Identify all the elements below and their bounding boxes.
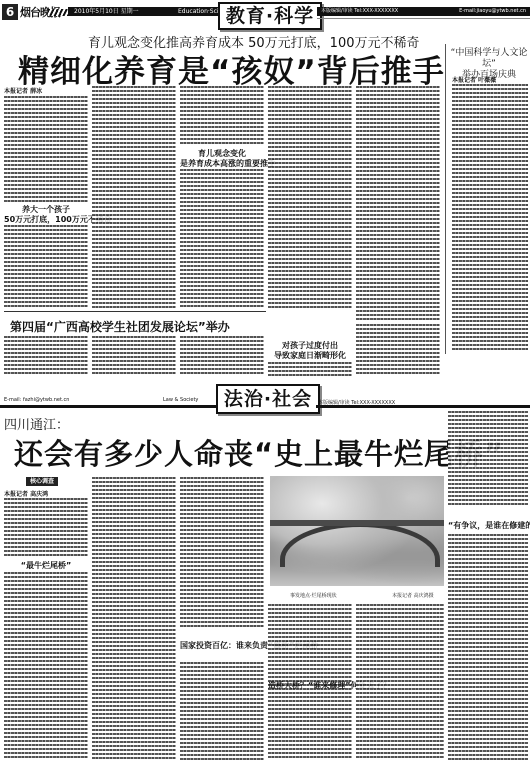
- divider: [4, 311, 266, 312]
- bridge-byline: 本报记者 高庆鸿: [4, 489, 48, 498]
- main-body-col5a: [356, 86, 440, 322]
- section-english-bottom: Law & Society: [163, 397, 198, 403]
- main-body-col4-tail: [268, 362, 352, 376]
- sidebar-body-text: [452, 84, 528, 352]
- main-body-col5b: [356, 324, 440, 376]
- brief-body-col3: [180, 336, 264, 374]
- bridge-photo: [270, 476, 444, 586]
- bridge-body-col3b: [180, 662, 264, 760]
- bridge-body-col2: [92, 477, 176, 760]
- photo-caption: 事发地点·烂尾桥现状: [290, 592, 337, 599]
- editor-bar-top: 本版编辑/审读 Tel:XXX-XXXXXXX E-mail:jiaoyu@yt…: [317, 7, 530, 16]
- main-subhead-4: 是养育成本高涨的重要推手: [180, 158, 264, 169]
- date-line: 2010年5月10日 星期一: [74, 8, 139, 15]
- brief-body-col1: [4, 336, 88, 374]
- bridge-body-col6a: [448, 411, 528, 505]
- core-investigation-tag: 核心调查: [26, 477, 58, 486]
- main-body-col3b: [180, 169, 264, 308]
- main-body-col1a: [4, 96, 88, 202]
- brief-headline: 第四届“广西高校学生社团发展论坛”举办: [10, 318, 230, 335]
- sidebar-title-line1: “中国科学与人文论坛”: [448, 48, 530, 70]
- main-body-col1b: [4, 225, 88, 309]
- bridge-subhead-3: 国家投资百亿：谁来负责“修桥”烂尾桥: [180, 640, 264, 651]
- bridge-body-col5: [356, 604, 444, 760]
- main-subhead-2: 50万元打底，100万元不稀奇: [4, 214, 88, 225]
- main-byline: 本报记者 薛冰: [4, 86, 42, 95]
- divider-thick: [0, 405, 218, 408]
- bridge-arch-shape: [280, 522, 440, 567]
- decorative-hatch: [48, 9, 68, 16]
- bridge-subhead-2: “有争议，是谁在修建的”: [448, 520, 528, 531]
- bridge-body-col1a: [4, 498, 88, 556]
- bridge-deck-shape: [270, 520, 444, 526]
- divider: [317, 18, 530, 19]
- bridge-body-col6b: [448, 534, 528, 760]
- email-line: E-mail:jiaoyu@ytwb.net.cn: [459, 7, 526, 16]
- page-number: 6: [2, 4, 18, 20]
- bridge-headline: 还会有多少人命丧“史上最牛烂尾桥”: [14, 432, 504, 473]
- main-body-col2: [92, 86, 176, 308]
- main-body-col4: [268, 86, 352, 308]
- section-title-law: 法治·社会: [216, 384, 320, 414]
- divider-thick: [316, 405, 530, 408]
- bridge-body-col1b: [4, 572, 88, 760]
- email-bottom: E-mail: fazhi@ytwb.net.cn: [4, 397, 69, 403]
- bridge-subhead-1: “最牛烂尾桥”: [4, 560, 88, 571]
- main-subhead-6: 导致家庭日渐畸形化: [268, 350, 352, 361]
- editor-line: 本版编辑/审读 Tel:XXX-XXXXXXX: [321, 7, 398, 16]
- bridge-subhead-4: 造桥大桥？“谁来修理”何处去了？: [268, 680, 352, 691]
- main-headline: 精细化养育是“孩奴”背后推手: [18, 46, 445, 91]
- section-title-education: 教育·科学: [218, 2, 322, 30]
- photo-credit: 本报记者 高庆鸿摄: [392, 592, 434, 599]
- main-body-col3a: [180, 86, 264, 146]
- brief-body-col2: [92, 336, 176, 374]
- sidebar-byline: 本报记者 叶薇薇: [452, 75, 496, 84]
- bridge-body-col3a: [180, 477, 264, 627]
- bridge-kicker: 四川通江：: [4, 414, 69, 433]
- column-rule: [445, 44, 446, 354]
